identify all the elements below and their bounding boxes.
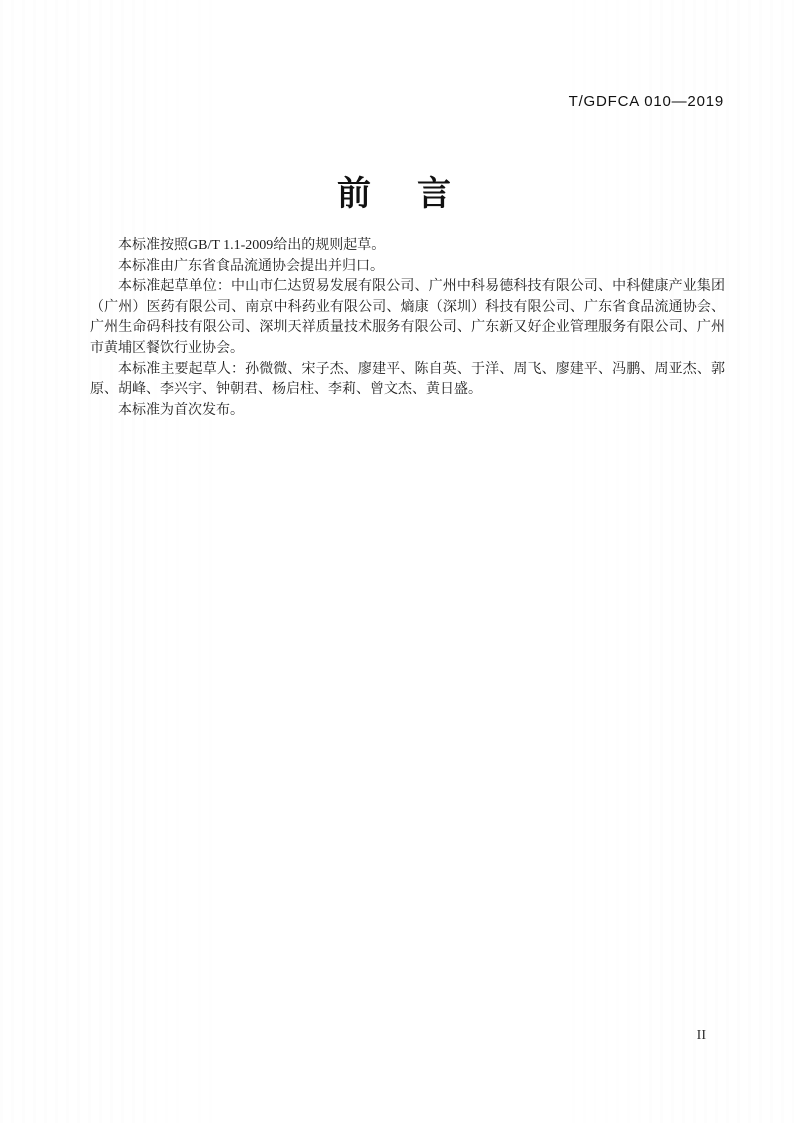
paragraph-drafting-organizations: 本标准起草单位：中山市仁达贸易发展有限公司、广州中科易德科技有限公司、中科健康产… — [90, 277, 725, 359]
foreword-body: 本标准按照GB/T 1.1-2009给出的规则起草。 本标准由广东省食品流通协会… — [90, 236, 725, 421]
page-title: 前 言 — [0, 166, 794, 215]
paragraph-first-release: 本标准为首次发布。 — [90, 401, 725, 422]
document-page: { "header": { "doc_number": "T/GDFCA 010… — [0, 0, 794, 1123]
paragraph-main-drafters: 本标准主要起草人：孙微微、宋子杰、廖建平、陈自英、于洋、周飞、廖建平、冯鹏、周亚… — [90, 360, 725, 401]
paragraph-drafting-rules: 本标准按照GB/T 1.1-2009给出的规则起草。 — [90, 236, 725, 257]
paragraph-proposed-by: 本标准由广东省食品流通协会提出并归口。 — [90, 257, 725, 278]
page-number: II — [697, 1028, 706, 1044]
standard-number: T/GDFCA 010—2019 — [569, 93, 724, 110]
